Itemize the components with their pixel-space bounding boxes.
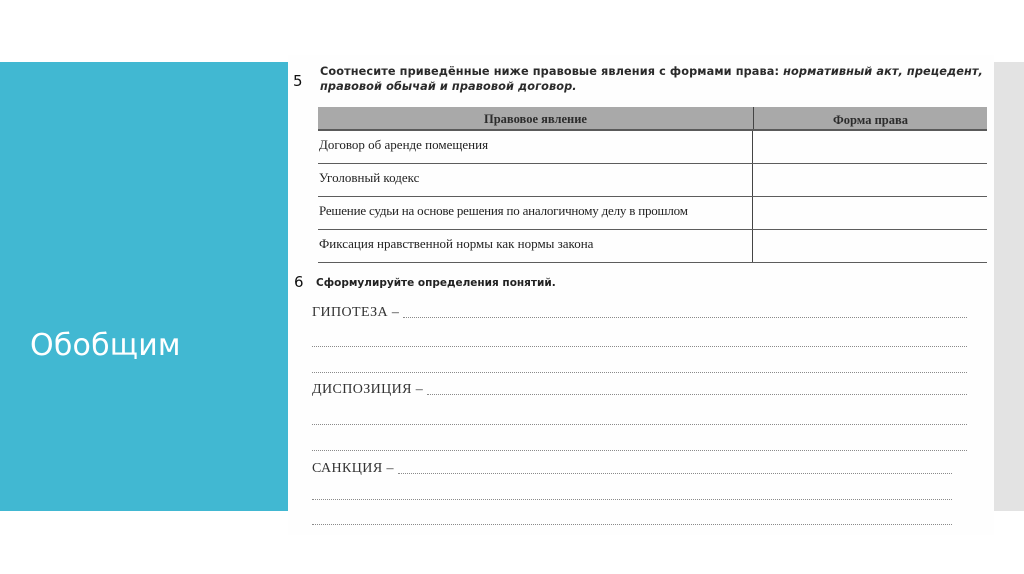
table-row: Договор об аренде помещения — [318, 131, 987, 164]
task-5-prompt-text: Соотнесите приведённые ниже правовые явл… — [320, 65, 783, 78]
term-label: ГИПОТЕЗА – — [312, 305, 403, 321]
definition-disposition[interactable]: ДИСПОЗИЦИЯ – — [312, 382, 967, 398]
row-form-answer[interactable] — [753, 197, 987, 229]
row-phenomenon: Фиксация нравственной нормы как нормы за… — [318, 230, 753, 262]
table-header: Правовое явление Форма права — [318, 107, 987, 131]
term-label: САНКЦИЯ – — [312, 461, 398, 477]
header-form: Форма права — [754, 107, 987, 129]
header-phenomenon: Правовое явление — [318, 107, 754, 129]
task-5-prompt: Соотнесите приведённые ниже правовые явл… — [320, 64, 990, 94]
row-phenomenon: Уголовный кодекс — [318, 164, 753, 196]
row-form-answer[interactable] — [753, 131, 987, 163]
task-5-number: 5 — [293, 72, 303, 90]
definition-sanction[interactable]: САНКЦИЯ – — [312, 461, 952, 477]
answer-line[interactable] — [312, 524, 952, 525]
row-phenomenon: Договор об аренде помещения — [318, 131, 753, 163]
answer-line[interactable] — [312, 372, 967, 373]
definition-hypothesis[interactable]: ГИПОТЕЗА – — [312, 305, 967, 321]
row-form-answer[interactable] — [753, 230, 987, 262]
term-label: ДИСПОЗИЦИЯ – — [312, 382, 427, 398]
answer-line[interactable] — [312, 346, 967, 347]
table-row: Уголовный кодекс — [318, 164, 987, 197]
row-phenomenon: Решение судьи на основе решения по анало… — [318, 197, 753, 229]
slide-title: Обобщим — [30, 328, 181, 363]
law-forms-table: Правовое явление Форма права Договор об … — [318, 107, 987, 263]
answer-line[interactable] — [312, 424, 967, 425]
page-edge-strip — [994, 62, 1024, 511]
answer-line[interactable] — [403, 317, 967, 318]
answer-line[interactable] — [312, 450, 967, 451]
task-6-number: 6 — [294, 273, 304, 291]
answer-line[interactable] — [312, 499, 952, 500]
table-row: Решение судьи на основе решения по анало… — [318, 197, 987, 230]
table-row: Фиксация нравственной нормы как нормы за… — [318, 230, 987, 263]
task-6-prompt: Сформулируйте определения понятий. — [316, 277, 556, 289]
row-form-answer[interactable] — [753, 164, 987, 196]
title-panel: Обобщим — [0, 62, 288, 511]
answer-line[interactable] — [427, 394, 967, 395]
answer-line[interactable] — [398, 473, 952, 474]
